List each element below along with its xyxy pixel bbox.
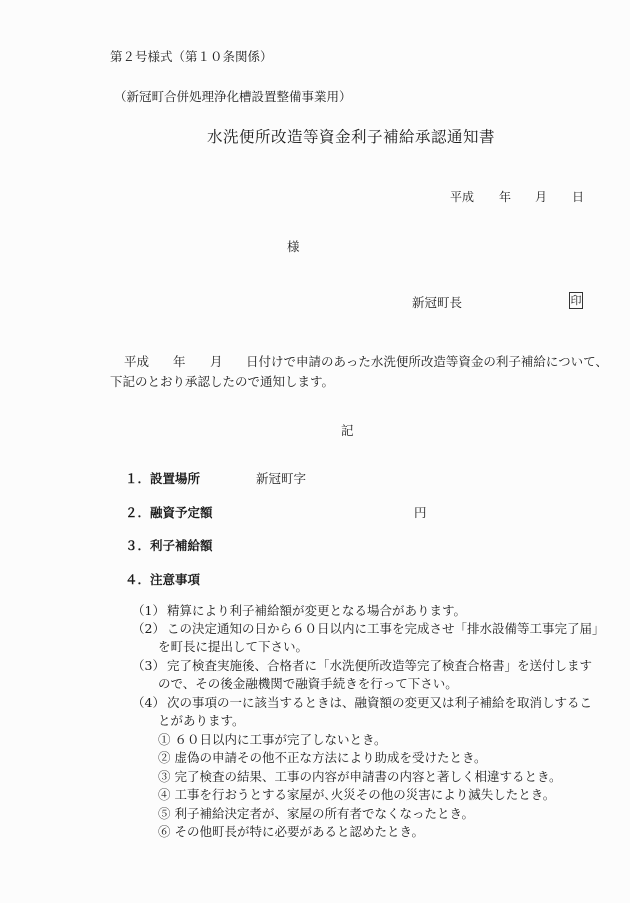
note-3-num: （3）: [132, 656, 165, 674]
date-day: 日: [572, 188, 584, 205]
document-title: 水洗便所改造等資金利子補給承認通知書: [207, 125, 495, 147]
sub-item-1: ① ６０日以内に工事が完了しないとき。: [158, 730, 386, 748]
note-2-num: （2）: [132, 619, 165, 637]
note-4-num: （4）: [132, 693, 165, 711]
note-3-line-2: ので、その後金融機関で融資手続きを行って下さい。: [158, 674, 458, 692]
note-1-num: （1）: [132, 601, 165, 619]
body-year: 年: [173, 352, 186, 370]
item-notes-label: ４．注意事項: [125, 570, 200, 588]
seal-mark: 印: [569, 292, 583, 309]
ki-heading: 記: [341, 421, 354, 439]
note-2-line-2: を町長に提出して下さい。: [158, 637, 308, 655]
body-line2: 下記のとおり承認したので通知します。: [110, 372, 334, 390]
item-loan-label: ２．融資予定額: [125, 503, 213, 521]
issuer-name: 新冠町長: [412, 293, 462, 311]
date-month: 月: [535, 188, 547, 205]
date-year: 年: [499, 188, 511, 205]
note-4-line-1: 次の事項の一に該当するときは、融資額の変更又は利子補給を取消しするこ: [167, 693, 592, 711]
item-location-value: 新冠町字: [256, 469, 306, 487]
form-number: 第２号様式（第１０条関係）: [110, 47, 273, 65]
sub-item-3: ③ 完了検査の結果、工事の内容が申請書の内容と著しく相違するとき。: [158, 767, 561, 785]
item-loan-value: 円: [414, 503, 427, 521]
date-era: 平成: [450, 188, 474, 205]
note-1-line-1: 精算により利子補給額が変更となる場合があります。: [167, 601, 466, 619]
sub-item-4: ④ 工事を行おうとする家屋が､火災その他の災害により滅失したとき。: [158, 785, 555, 803]
sub-item-2: ② 虚偽の申請その他不正な方法により助成を受けたとき。: [158, 748, 486, 766]
note-4-line-2: とがあります。: [158, 711, 245, 729]
sub-item-6: ⑥ その他町長が特に必要があると認めたとき。: [158, 822, 424, 840]
sub-item-5: ⑤ 利子補給決定者が、家屋の所有者でなくなったとき。: [158, 804, 474, 822]
usage-note: （新冠町合併処理浄化槽設置整備事業用）: [114, 87, 352, 105]
body-line1-rest: 日付けで申請のあった水洗便所改造等資金の利子補給について、: [246, 352, 608, 370]
item-interest-label: ３．利子補給額: [125, 536, 213, 554]
note-2-line-1: この決定通知の日から６０日以内に工事を完成させ「排水設備等工事完了届」: [167, 619, 605, 637]
body-era: 平成: [124, 352, 149, 370]
body-month: 月: [210, 352, 223, 370]
addressee-suffix: 様: [287, 237, 300, 255]
item-location-label: １．設置場所: [125, 469, 200, 487]
note-3-line-1: 完了検査実施後、合格者に「水洗便所改造等完了検査合格書」を送付します: [167, 656, 592, 674]
